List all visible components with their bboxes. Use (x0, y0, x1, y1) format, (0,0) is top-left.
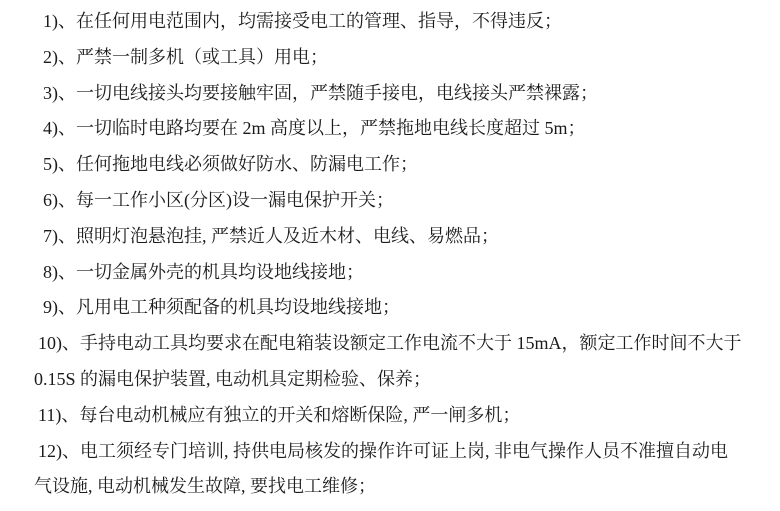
rule-line-8: 8)、一切金属外壳的机具均设地线接地； (34, 255, 762, 291)
rule-line-2: 2)、严禁一制多机（或工具）用电； (34, 40, 762, 76)
rule-line-9: 9)、凡用电工种须配备的机具均设地线接地； (34, 290, 762, 326)
rule-line-3: 3)、一切电线接头均要接触牢固，严禁随手接电，电线接头严禁裸露； (34, 76, 762, 112)
rule-line-1: 1)、在任何用电范围内，均需接受电工的管理、指导，不得违反； (34, 4, 762, 40)
rule-line-11: 11)、每台电动机械应有独立的开关和熔断保险, 严一闸多机； (34, 398, 762, 434)
rule-line-6: 6)、每一工作小区(分区)设一漏电保护开关； (34, 183, 762, 219)
rule-line-10-continued: 0.15S 的漏电保护装置, 电动机具定期检验、保养； (34, 362, 762, 398)
rule-line-4: 4)、一切临时电路均要在 2m 高度以上，严禁拖地电线长度超过 5m； (34, 111, 762, 147)
rule-line-12-continued: 气设施, 电动机械发生故障, 要找电工维修； (34, 469, 762, 505)
rule-line-12: 12)、电工须经专门培训, 持供电局核发的操作许可证上岗, 非电气操作人员不准擅… (34, 434, 762, 470)
document-page: 1)、在任何用电范围内，均需接受电工的管理、指导，不得违反； 2)、严禁一制多机… (0, 0, 780, 511)
rule-line-10: 10)、手持电动工具均要求在配电箱装设额定工作电流不大于 15mA，额定工作时间… (34, 326, 762, 362)
rule-line-5: 5)、任何拖地电线必须做好防水、防漏电工作； (34, 147, 762, 183)
rule-line-7: 7)、照明灯泡悬泡挂, 严禁近人及近木材、电线、易燃品； (34, 219, 762, 255)
